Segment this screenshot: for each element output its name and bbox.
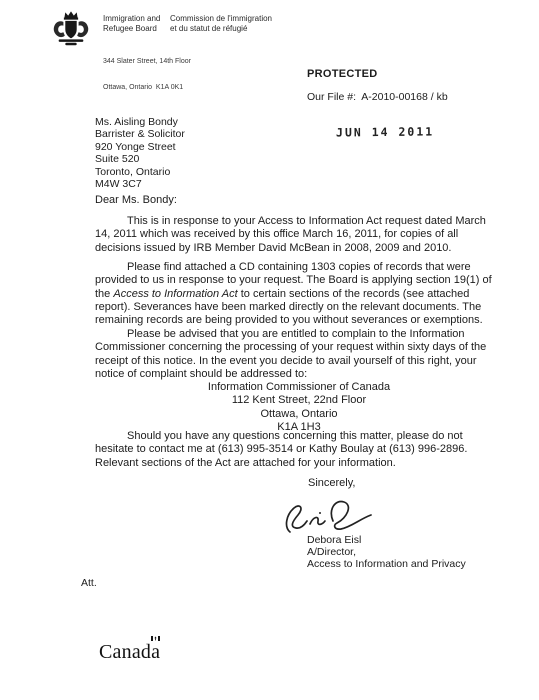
paragraph-complaint-rights: Please be advised that you are entitled …: [95, 328, 503, 434]
letterhead-address-line2: Ottawa, Ontario K1A 0K1: [103, 84, 191, 93]
canada-wordmark: Canada: [99, 641, 160, 664]
org-name-english: Immigration and Refugee Board: [103, 14, 160, 33]
commissioner-name: Information Commissioner of Canada: [95, 381, 503, 394]
signer-title-line1: A/Director,: [307, 547, 466, 559]
org-en-line1: Immigration and: [103, 14, 160, 24]
handwritten-signature: [283, 496, 373, 538]
wordmark-text-start: Canad: [99, 641, 151, 663]
letterhead-address-line1: 344 Slater Street, 14th Floor: [103, 58, 191, 67]
paragraph-request-summary: This is in response to your Access to In…: [95, 215, 503, 255]
recipient-city: Toronto, Ontario: [95, 166, 185, 178]
commissioner-address-block: Information Commissioner of Canada 112 K…: [95, 381, 503, 434]
org-fr-line1: Commission de l'immigration: [170, 14, 272, 24]
canada-coat-of-arms-icon: [52, 10, 90, 47]
salutation: Dear Ms. Bondy:: [95, 194, 177, 206]
letter-page: Immigration and Refugee Board Commission…: [0, 0, 539, 700]
attachment-notation: Att.: [81, 577, 97, 589]
canada-flag-icon: [151, 636, 160, 641]
p3-text: Please be advised that you are entitled …: [95, 328, 503, 381]
commissioner-street: 112 Kent Street, 22nd Floor: [95, 394, 503, 407]
signer-title-line2: Access to Information and Privacy: [307, 559, 466, 571]
recipient-name: Ms. Aisling Bondy: [95, 116, 185, 128]
org-fr-line2: et du statut de réfugié: [170, 24, 272, 34]
org-name-french: Commission de l'immigration et du statut…: [170, 14, 272, 33]
recipient-street: 920 Yonge Street: [95, 141, 185, 153]
file-number: Our File #: A-2010-00168 / kb: [307, 91, 448, 103]
paragraph-contact-info: Should you have any questions concerning…: [95, 430, 503, 470]
letterhead-address: 344 Slater Street, 14th Floor Ottawa, On…: [103, 41, 191, 109]
commissioner-city: Ottawa, Ontario: [95, 408, 503, 421]
paragraph-records-provided: Please find attached a CD containing 130…: [95, 261, 503, 327]
recipient-address-block: Ms. Aisling Bondy Barrister & Solicitor …: [95, 116, 185, 190]
wordmark-text-end: a: [151, 641, 160, 663]
signature-block: Debora Eisl A/Director, Access to Inform…: [307, 535, 466, 570]
closing: Sincerely,: [308, 477, 355, 489]
p2-act-title-italic: Access to Information Act: [113, 288, 237, 300]
recipient-postal-code: M4W 3C7: [95, 178, 185, 190]
protected-marking: PROTECTED: [307, 68, 378, 80]
recipient-title: Barrister & Solicitor: [95, 128, 185, 140]
received-date-stamp: JUN 14 2011: [336, 124, 434, 139]
recipient-suite: Suite 520: [95, 153, 185, 165]
org-en-line2: Refugee Board: [103, 24, 160, 34]
